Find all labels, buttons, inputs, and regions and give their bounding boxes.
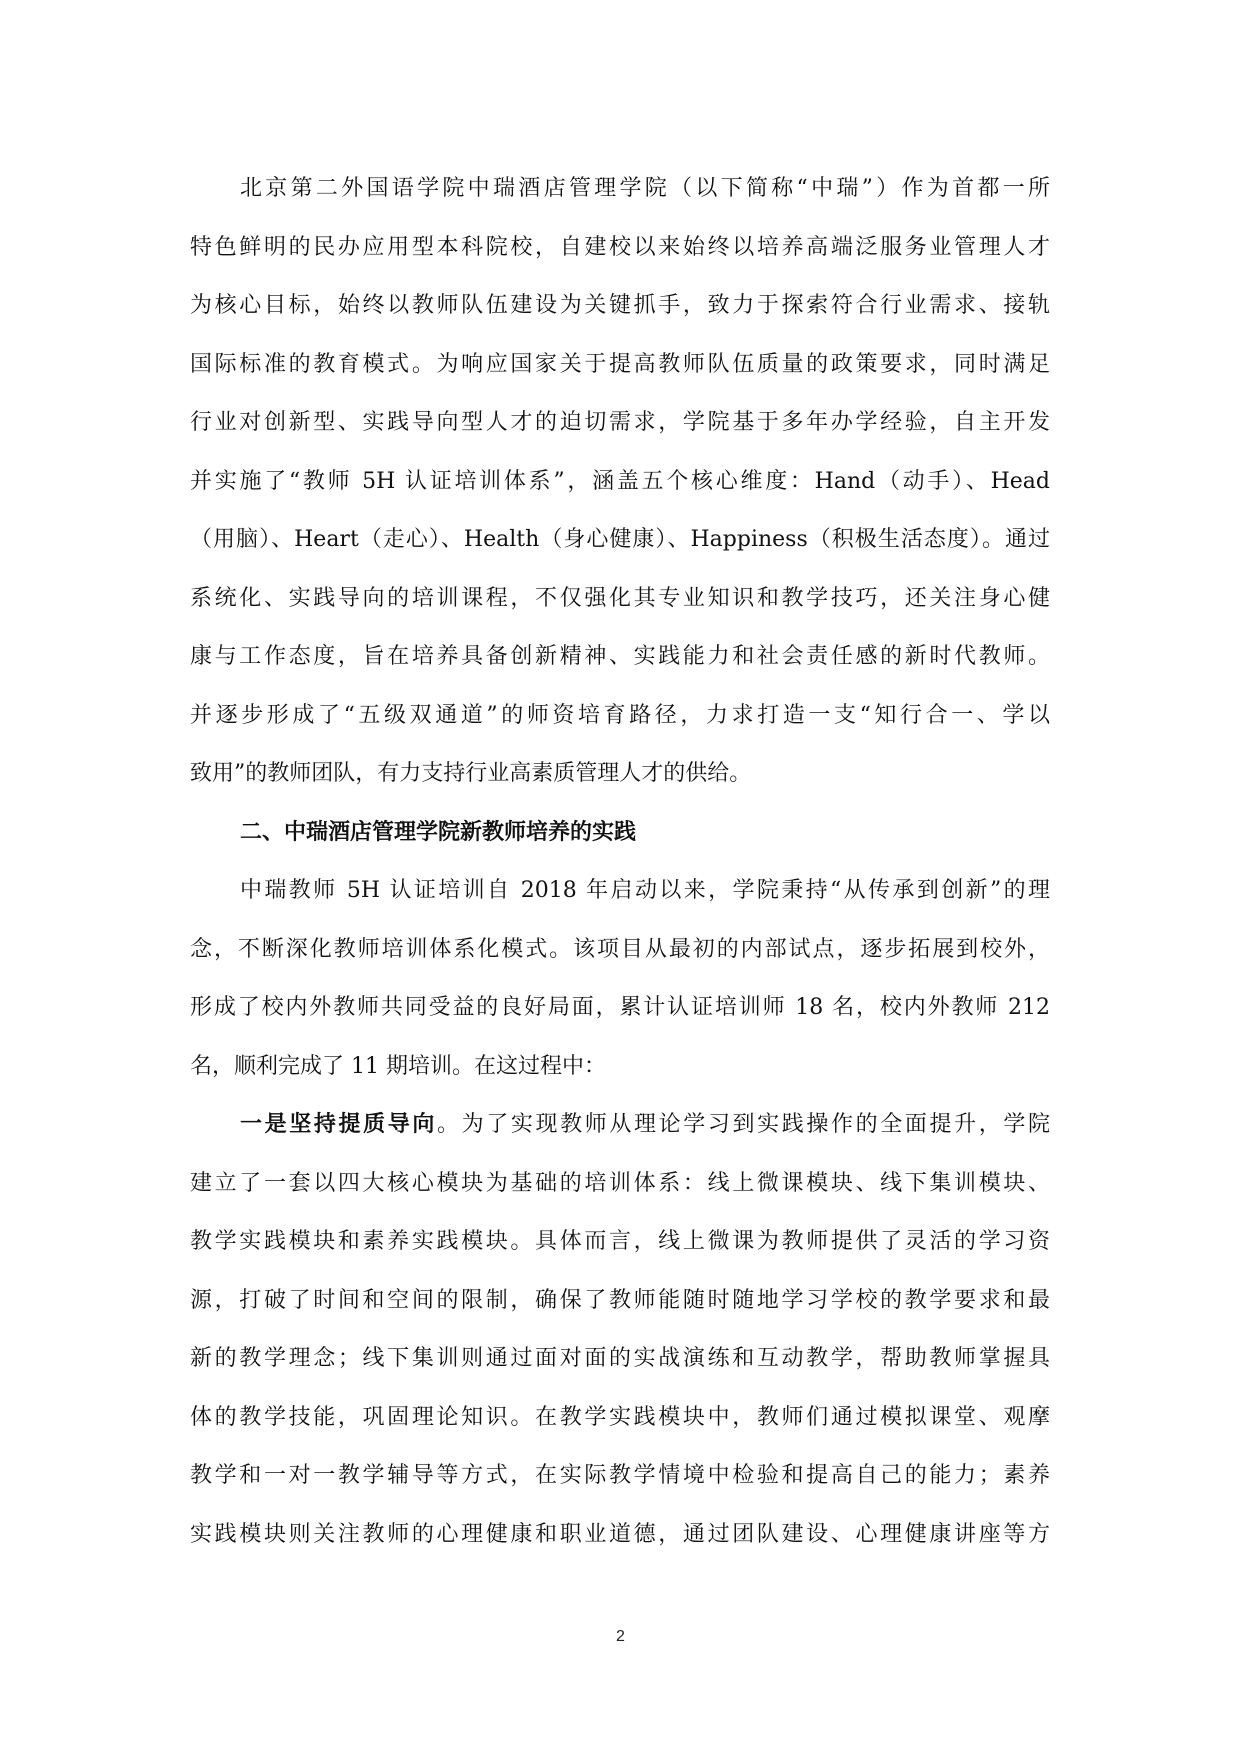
text-line: 致用”的教师团队，有力支持行业高素质管理人才的供给。: [190, 755, 1050, 814]
text-line: 实践模块则关注教师的心理健康和职业道德，通过团队建设、心理健康讲座等方: [190, 1516, 1050, 1575]
text-line: 源，打破了时间和空间的限制，确保了教师能随时随地学习学校的教学要求和最: [190, 1282, 1050, 1341]
text-line: 行业对创新型、实践导向型人才的迫切需求，学院基于多年办学经验，自主开发: [190, 404, 1050, 463]
text-line: 教学和一对一教学辅导等方式，在实际教学情境中检验和提高自己的能力；素养: [190, 1457, 1050, 1516]
text-line: 中瑞教师 5H 认证培训自 2018 年启动以来，学院秉持“从传承到创新”的理: [190, 872, 1050, 931]
text-line: 教学实践模块和素养实践模块。具体而言，线上微课为教师提供了灵活的学习资: [190, 1223, 1050, 1282]
text-line: 建立了一套以四大核心模块为基础的培训体系：线上微课模块、线下集训模块、: [190, 1165, 1050, 1224]
document-page: 北京第二外国语学院中瑞酒店管理学院（以下简称“中瑞”）作为首都一所 特色鲜明的民…: [0, 0, 1241, 1754]
section-heading: 二、中瑞酒店管理学院新教师培养的实践: [190, 814, 1050, 873]
text-line: 形成了校内外教师共同受益的良好局面，累计认证培训师 18 名，校内外教师 212: [190, 989, 1050, 1048]
text-line: 北京第二外国语学院中瑞酒店管理学院（以下简称“中瑞”）作为首都一所: [190, 170, 1050, 229]
text-line: 康与工作态度，旨在培养具备创新精神、实践能力和社会责任感的新时代教师。: [190, 638, 1050, 697]
text-line: 名，顺利完成了 11 期培训。在这过程中：: [190, 1048, 1050, 1107]
text-line: 系统化、实践导向的培训课程，不仅强化其专业知识和教学技巧，还关注身心健: [190, 580, 1050, 639]
text-line: 体的教学技能，巩固理论知识。在教学实践模块中，教师们通过模拟课堂、观摩: [190, 1399, 1050, 1458]
paragraph-quality-orientation: 一是坚持提质导向。为了实现教师从理论学习到实践操作的全面提升，学院 建立了一套以…: [190, 1106, 1050, 1574]
text-line: 特色鲜明的民办应用型本科院校，自建校以来始终以培养高端泛服务业管理人才: [190, 229, 1050, 288]
text-fragment: 。为了实现教师从理论学习到实践操作的全面提升，学院: [437, 1112, 1050, 1137]
text-line: 并实施了“教师 5H 认证培训体系”，涵盖五个核心维度：Hand（动手）、Hea…: [190, 463, 1050, 522]
text-line: （用脑）、Heart（走心）、Health（身心健康）、Happiness（积极…: [190, 521, 1050, 580]
text-line: 念，不断深化教师培训体系化模式。该项目从最初的内部试点，逐步拓展到校外，: [190, 931, 1050, 990]
bold-lead-phrase: 一是坚持提质导向: [240, 1112, 437, 1137]
text-line: 一是坚持提质导向。为了实现教师从理论学习到实践操作的全面提升，学院: [190, 1106, 1050, 1165]
text-line: 国际标准的教育模式。为响应国家关于提高教师队伍质量的政策要求，同时满足: [190, 346, 1050, 405]
text-line: 并逐步形成了“五级双通道”的师资培育路径，力求打造一支“知行合一、学以: [190, 697, 1050, 756]
paragraph-training-overview: 中瑞教师 5H 认证培训自 2018 年启动以来，学院秉持“从传承到创新”的理 …: [190, 872, 1050, 1106]
paragraph-intro: 北京第二外国语学院中瑞酒店管理学院（以下简称“中瑞”）作为首都一所 特色鲜明的民…: [190, 170, 1050, 814]
text-line: 为核心目标，始终以教师队伍建设为关键抓手，致力于探索符合行业需求、接轨: [190, 287, 1050, 346]
page-number: 2: [0, 1628, 1241, 1646]
text-line: 新的教学理念；线下集训则通过面对面的实战演练和互动教学，帮助教师掌握具: [190, 1340, 1050, 1399]
body-text: 北京第二外国语学院中瑞酒店管理学院（以下简称“中瑞”）作为首都一所 特色鲜明的民…: [190, 170, 1050, 1574]
